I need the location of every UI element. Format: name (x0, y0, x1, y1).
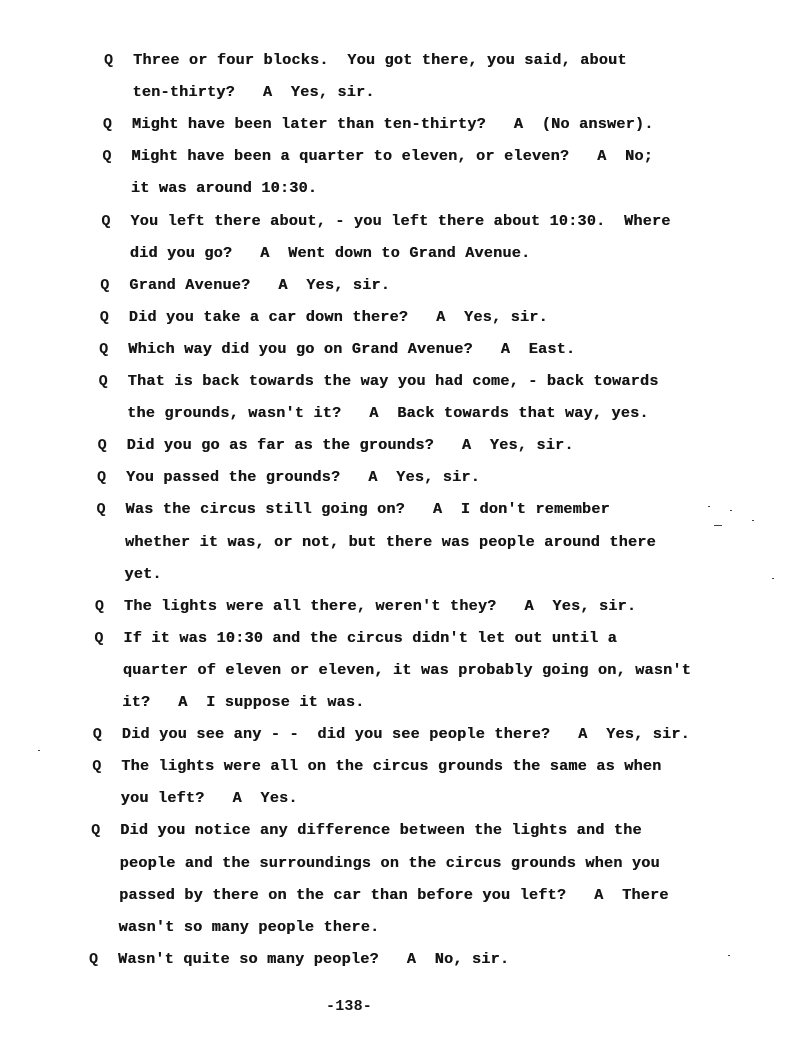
transcript-line: Did you take a car down there? A Yes, si… (129, 307, 548, 327)
question-marker: Q (94, 628, 103, 648)
transcript-line: Grand Avenue? A Yes, sir. (129, 275, 390, 295)
transcript-line: it? A I suppose it was. (122, 692, 364, 712)
transcript-line: it was around 10:30. (131, 178, 317, 198)
transcript-line: Did you go as far as the grounds? A Yes,… (127, 435, 574, 455)
transcript-page: QThree or four blocks. You got there, yo… (0, 0, 800, 1049)
transcript-line: Might have been a quarter to eleven, or … (131, 146, 653, 166)
transcript-line: The lights were all on the circus ground… (121, 756, 661, 776)
transcript-line: quarter of eleven or eleven, it was prob… (123, 660, 691, 680)
transcript-line: ten-thirty? A Yes, sir. (132, 82, 374, 102)
scan-speck (714, 525, 722, 526)
question-marker: Q (91, 820, 100, 840)
transcript-line: You left there about, - you left there a… (130, 211, 670, 231)
question-marker: Q (101, 211, 110, 231)
transcript-line: Did you see any - - did you see people t… (122, 724, 690, 744)
question-marker: Q (97, 467, 106, 487)
question-marker: Q (99, 371, 108, 391)
transcript-line: The lights were all there, weren't they?… (124, 596, 636, 616)
transcript-line: Was the circus still going on? A I don't… (126, 499, 610, 519)
question-marker: Q (92, 756, 101, 776)
question-marker: Q (99, 339, 108, 359)
question-marker: Q (95, 596, 104, 616)
transcript-line: Three or four blocks. You got there, you… (133, 50, 627, 70)
transcript-line: whether it was, or not, but there was pe… (125, 532, 656, 552)
transcript-line: Might have been later than ten-thirty? A… (132, 114, 654, 134)
transcript-line: people and the surroundings on the circu… (120, 853, 660, 873)
transcript-line: Wasn't quite so many people? A No, sir. (118, 949, 509, 969)
question-marker: Q (97, 499, 106, 519)
transcript-line: You passed the grounds? A Yes, sir. (126, 467, 480, 487)
transcript-line: wasn't so many people there. (119, 917, 380, 937)
question-marker: Q (98, 435, 107, 455)
question-marker: Q (102, 146, 111, 166)
scan-speck (38, 750, 40, 751)
question-marker: Q (100, 275, 109, 295)
transcript-line: yet. (124, 564, 161, 584)
scan-speck (752, 520, 754, 521)
transcript-line: passed by there on the car than before y… (119, 885, 669, 905)
transcript-line: If it was 10:30 and the circus didn't le… (123, 628, 617, 648)
scan-speck (708, 506, 710, 507)
transcript-line: Which way did you go on Grand Avenue? A … (128, 339, 575, 359)
scan-speck (728, 955, 730, 956)
scan-speck (730, 510, 732, 511)
question-marker: Q (100, 307, 109, 327)
transcript-line: did you go? A Went down to Grand Avenue. (130, 243, 531, 263)
question-marker: Q (93, 724, 102, 744)
transcript-line: That is back towards the way you had com… (128, 371, 659, 391)
question-marker: Q (103, 114, 112, 134)
scan-speck (772, 578, 774, 579)
question-marker: Q (89, 949, 98, 969)
page-number: -138- (326, 997, 372, 1017)
transcript-line: the grounds, wasn't it? A Back towards t… (127, 403, 649, 423)
question-marker: Q (104, 50, 113, 70)
transcript-line: you left? A Yes. (121, 788, 298, 808)
transcript-line: Did you notice any difference between th… (120, 820, 642, 840)
